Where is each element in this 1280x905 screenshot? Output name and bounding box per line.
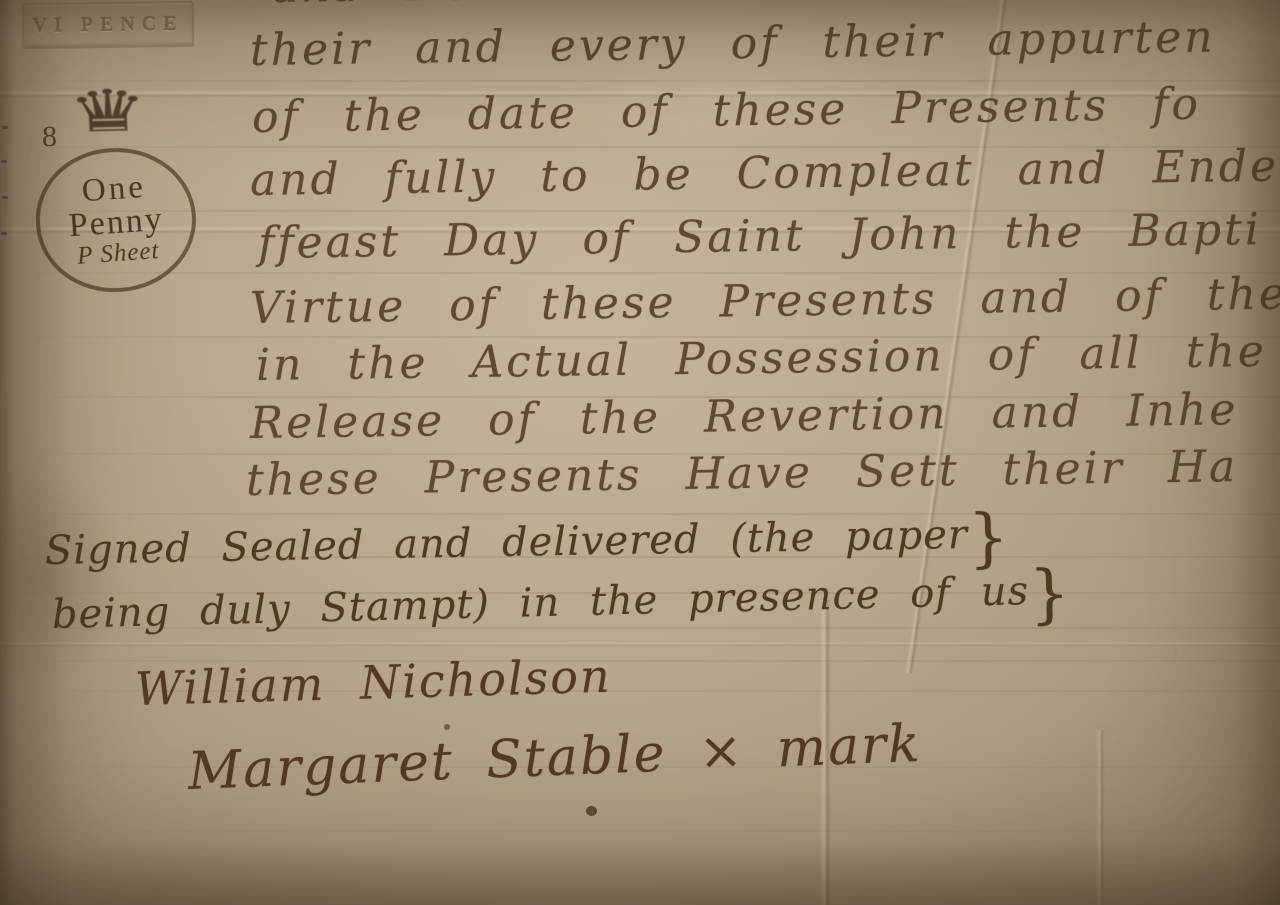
crease: [1096, 730, 1105, 905]
manuscript-line: their and every of their appurten: [250, 12, 1216, 76]
stamp-line-sheet: P Sheet: [76, 237, 160, 270]
crown-icon: ♛: [66, 81, 150, 141]
stitch-mark: [1, 232, 7, 235]
emboss-stamp: VI PENCE: [22, 1, 195, 49]
stain: [444, 724, 450, 730]
stamp-circle: One Penny P Sheet: [31, 143, 201, 298]
manuscript-line: of the date of these Presents fo: [252, 79, 1202, 143]
ruled-line: [0, 830, 1280, 832]
manuscript-line: Virtue of these Presents and of the: [250, 269, 1280, 334]
manuscript-line: and Demand whatsoever & of in a: [272, 0, 1280, 13]
signature-margaret: Margaret Stable × mark: [187, 714, 923, 802]
duty-stamp: ♛ 8 One Penny P Sheet: [20, 82, 220, 312]
attestation-text: being duly Stampt) in the presence of us: [51, 568, 1029, 638]
document-photo: VI PENCE ♛ 8 One Penny P Sheet and Deman…: [0, 0, 1280, 905]
stitch-mark: [2, 196, 8, 199]
emboss-stamp-label: VI PENCE: [32, 12, 183, 37]
manuscript-line: ffeast Day of Saint John the Bapti: [258, 204, 1263, 269]
stitch-mark: [2, 126, 8, 129]
manuscript-line: and fully to be Compleat and Ended: [250, 140, 1280, 206]
signature-william: William Nicholson: [134, 649, 612, 716]
manuscript-line: these Presents Have Sett their Ha: [246, 441, 1239, 506]
attestation-bracket: }: [1028, 557, 1071, 632]
stitch-mark: [1, 160, 7, 163]
stamp-number: 8: [42, 120, 57, 154]
stain: [586, 806, 597, 816]
manuscript-line: Release of the Revertion and Inhe: [250, 384, 1239, 449]
